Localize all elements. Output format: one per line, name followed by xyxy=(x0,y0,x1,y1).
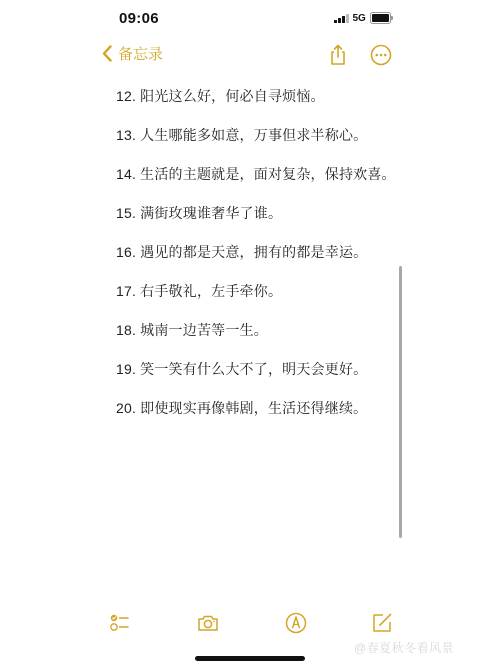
compose-icon[interactable] xyxy=(370,611,394,635)
nav-bar: 备忘录 xyxy=(0,38,500,72)
more-icon[interactable] xyxy=(369,43,393,67)
status-time: 09:06 xyxy=(119,10,159,27)
share-icon[interactable] xyxy=(326,43,350,67)
note-line: 18. 城南一边苦等一生。 xyxy=(116,320,396,359)
scrollbar[interactable] xyxy=(399,266,402,538)
network-type: 5G xyxy=(353,13,366,24)
note-line: 19. 笑一笑有什么大不了，明天会更好。 xyxy=(116,359,396,398)
watermark: @春夏秋冬看风景 xyxy=(354,639,454,656)
note-line: 12. 阳光这么好，何必自寻烦恼。 xyxy=(116,86,396,125)
note-line: 14. 生活的主题就是，面对复杂，保持欢喜。 xyxy=(116,164,396,203)
back-label: 备忘录 xyxy=(118,43,163,64)
note-body[interactable]: 12. 阳光这么好，何必自寻烦恼。 13. 人生哪能多如意，万事但求半称心。 1… xyxy=(116,86,396,437)
status-bar: 09:06 5G xyxy=(0,0,500,36)
markup-icon[interactable] xyxy=(284,611,308,635)
battery-icon xyxy=(370,12,391,24)
home-indicator[interactable] xyxy=(195,656,305,661)
camera-icon[interactable] xyxy=(196,611,220,635)
chevron-left-icon xyxy=(102,45,112,62)
status-indicators: 5G xyxy=(334,12,391,24)
note-line: 20. 即使现实再像韩剧，生活还得继续。 xyxy=(116,398,396,437)
bottom-toolbar xyxy=(0,608,500,638)
note-line: 13. 人生哪能多如意，万事但求半称心。 xyxy=(116,125,396,164)
note-line: 17. 右手敬礼，左手牵你。 xyxy=(116,281,396,320)
note-line: 15. 满街玫瑰谁奢华了谁。 xyxy=(116,203,396,242)
note-line: 16. 遇见的都是天意，拥有的都是幸运。 xyxy=(116,242,396,281)
back-button[interactable]: 备忘录 xyxy=(102,43,163,64)
signal-icon xyxy=(334,14,349,23)
checklist-icon[interactable] xyxy=(108,611,132,635)
